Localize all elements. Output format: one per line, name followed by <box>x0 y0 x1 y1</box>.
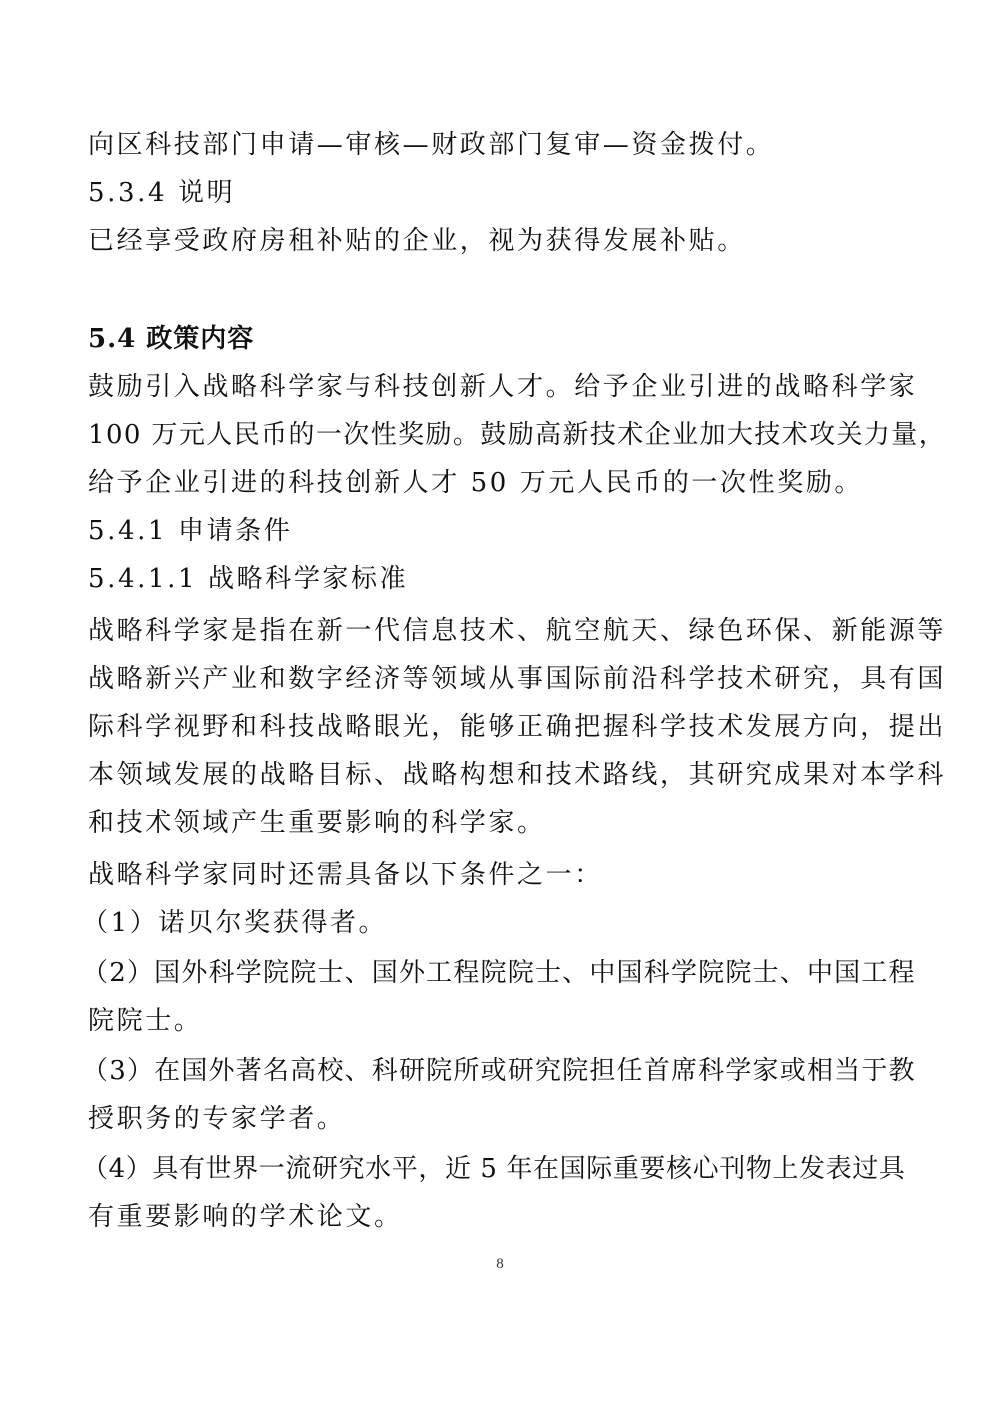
section-5-3-4-heading: 5.3.4 说明 <box>88 176 235 210</box>
definition-paragraph-line-3: 际科学视野和科技战略眼光，能够正确把握科学技术发展方向，提出 <box>88 710 946 744</box>
definition-paragraph-line-2: 战略新兴产业和数字经济等领域从事国际前沿科学技术研究，具有国 <box>88 662 946 696</box>
section-5-4-1-1-heading: 5.4.1.1 战略科学家标准 <box>88 562 408 596</box>
definition-paragraph-line-1: 战略科学家是指在新一代信息技术、航空航天、绿色环保、新能源等 <box>88 614 946 648</box>
condition-1: （1）诺贝尔奖获得者。 <box>82 906 387 940</box>
condition-3-line-2: 授职务的专家学者。 <box>88 1102 345 1136</box>
condition-3-line-1: （3）在国外著名高校、科研院所或研究院担任首席科学家或相当于教 <box>82 1054 916 1088</box>
policy-paragraph-line-1: 鼓励引入战略科学家与科技创新人才。给予企业引进的战略科学家 <box>88 370 917 404</box>
condition-2-line-1: （2）国外科学院院士、国外工程院院士、中国科学院院士、中国工程 <box>82 956 916 990</box>
condition-2-line-2: 院院士。 <box>88 1004 202 1038</box>
condition-4-line-2: 有重要影响的学术论文。 <box>88 1200 403 1234</box>
definition-paragraph-line-5: 和技术领域产生重要影响的科学家。 <box>88 806 546 840</box>
page-number: 8 <box>0 1256 1000 1273</box>
section-5-4-1-heading: 5.4.1 申请条件 <box>88 514 292 548</box>
conditions-intro: 战略科学家同时还需具备以下条件之一： <box>88 858 603 892</box>
policy-paragraph-line-2: 100 万元人民币的一次性奖励。鼓励高新技术企业加大技术攻关力量， <box>88 418 946 452</box>
section-5-4-heading: 5.4 政策内容 <box>88 322 254 356</box>
note-paragraph: 已经享受政府房租补贴的企业，视为获得发展补贴。 <box>88 224 746 258</box>
policy-paragraph-line-3: 给予企业引进的科技创新人才 50 万元人民币的一次性奖励。 <box>88 466 863 500</box>
process-flow-line: 向区科技部门申请—审核—财政部门复审—资金拨付。 <box>88 128 774 162</box>
condition-4-line-1: （4）具有世界一流研究水平，近 5 年在国际重要核心刊物上发表过具 <box>82 1152 905 1186</box>
definition-paragraph-line-4: 本领域发展的战略目标、战略构想和技术路线，其研究成果对本学科 <box>88 758 946 792</box>
